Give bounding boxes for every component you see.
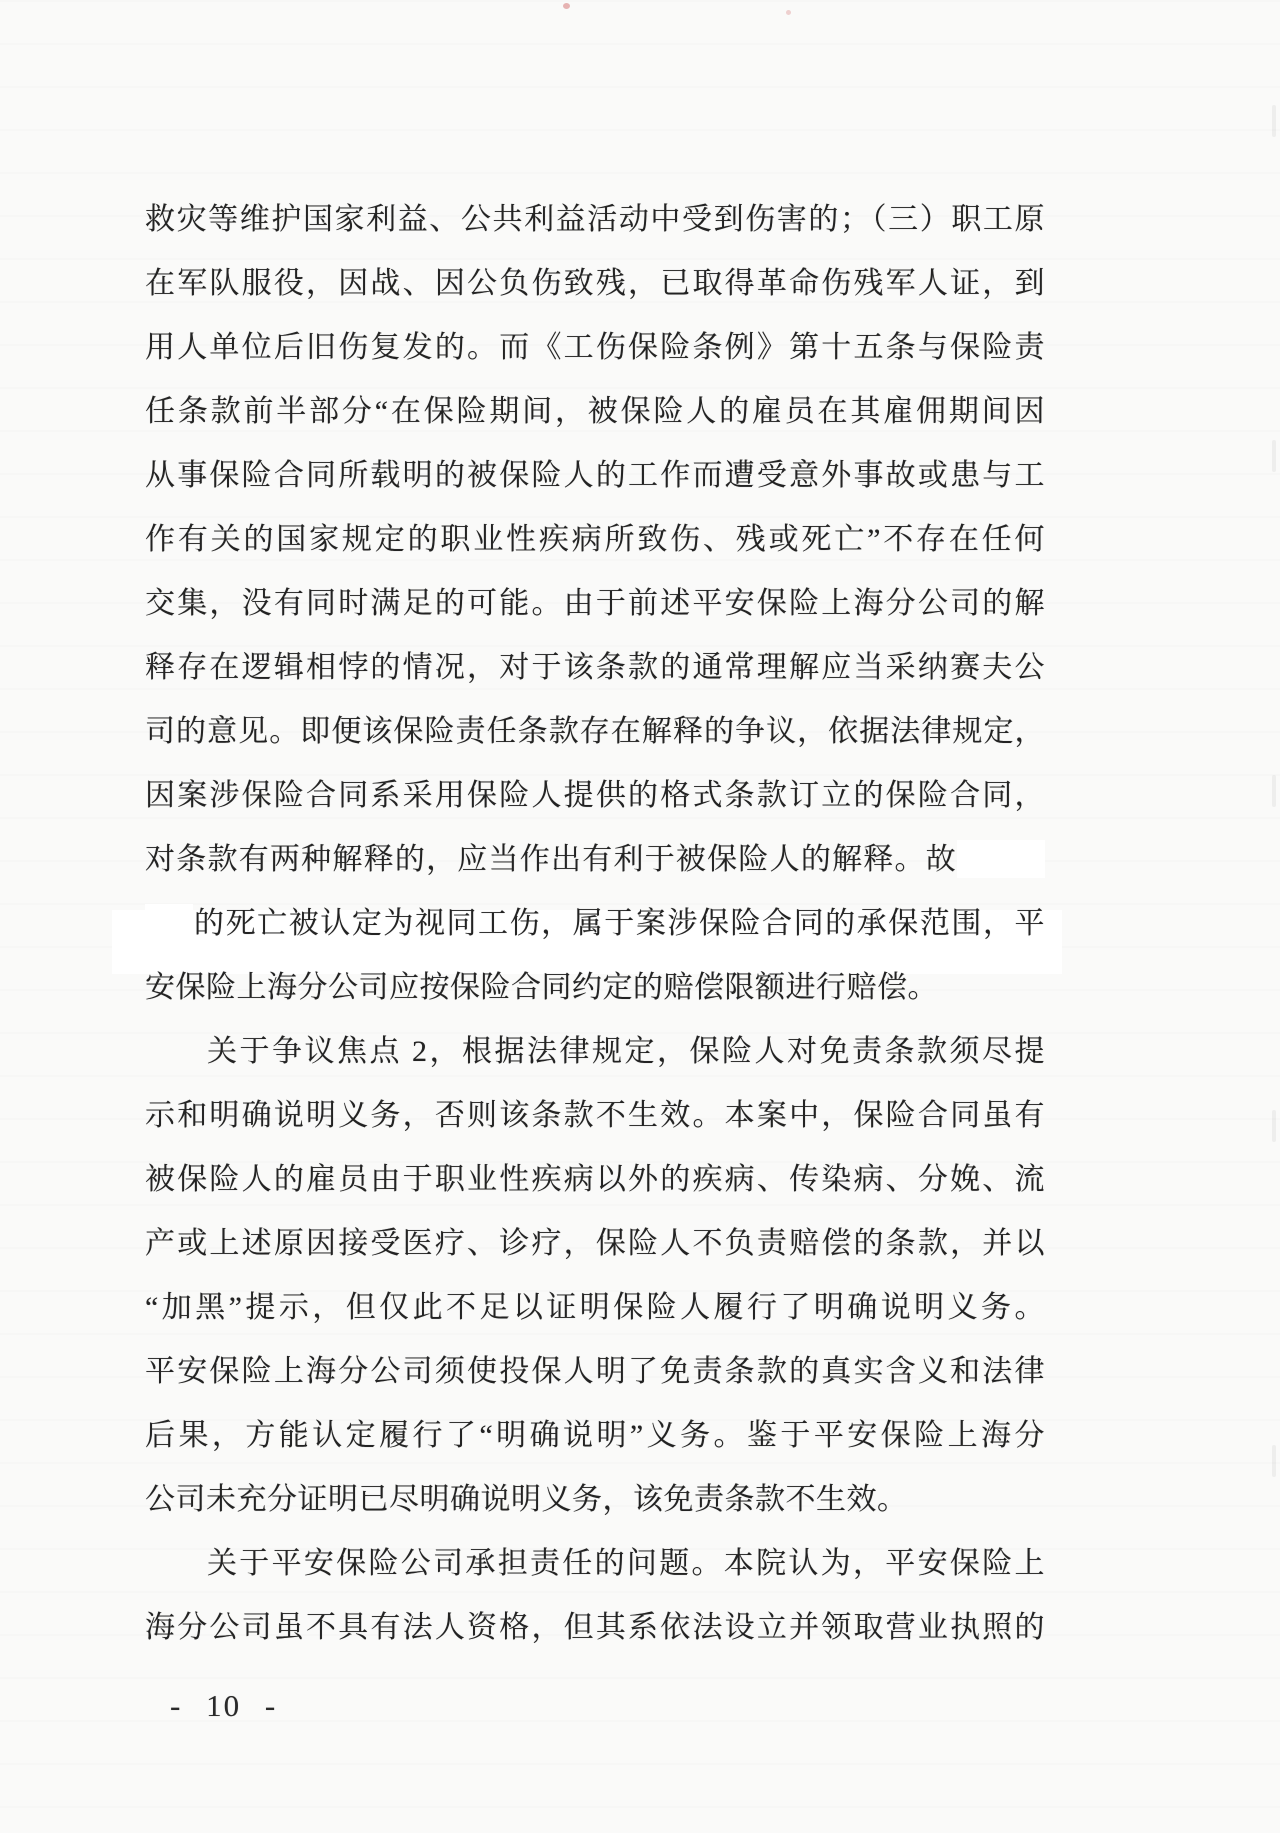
scan-edge-artifact (1272, 1110, 1276, 1142)
text-line: 被保险人的雇员由于职业性疾病以外的疾病、传染病、分娩、流 (145, 1148, 1045, 1212)
text-line-content: 平安保险上海分公司须使投保人明了免责条款的真实含义和法律 (145, 1355, 1045, 1388)
text-line-content: 产或上述原因接受医疗、诊疗，保险人不负责赔偿的条款，并以 (145, 1227, 1045, 1260)
text-line: 关于平安保险公司承担责任的问题。本院认为，平安保险上 (145, 1532, 1045, 1596)
text-line: 公司未充分证明已尽明确说明义务，该免责条款不生效。 (145, 1468, 1045, 1532)
text-line: 关于争议焦点 2，根据法律规定，保险人对免责条款须尽提 (145, 1020, 1045, 1084)
scan-edge-artifact (1272, 1445, 1276, 1477)
redacted-name-patch (957, 840, 1045, 878)
scan-edge-artifact (1272, 440, 1276, 472)
text-line: 安保险上海分公司应按保险合同约定的赔偿限额进行赔偿。 (145, 956, 1045, 1020)
text-line: 司的意见。即便该保险责任条款存在解释的争议，依据法律规定， (145, 700, 1045, 764)
text-line-content: 因案涉保险合同系采用保险人提供的格式条款订立的保险合同， (145, 779, 1045, 812)
scanned-page: 救灾等维护国家利益、公共利益活动中受到伤害的；（三）职工原在军队服役，因战、因公… (0, 0, 1280, 1833)
text-line-content: 示和明确说明义务，否则该条款不生效。本案中，保险合同虽有 (145, 1099, 1045, 1132)
text-line: 海分公司虽不具有法人资格，但其系依法设立并领取营业执照的 (145, 1596, 1045, 1660)
text-line-content: 作有关的国家规定的职业性疾病所致伤、残或死亡”不存在任何 (145, 523, 1045, 556)
text-line-content: 安保险上海分公司应按保险合同约定的赔偿限额进行赔偿。 (145, 971, 938, 1004)
text-line-content: 救灾等维护国家利益、公共利益活动中受到伤害的；（三）职工原 (145, 203, 1045, 236)
text-line-content: 用人单位后旧伤复发的。而《工伤保险条例》第十五条与保险责 (145, 331, 1045, 364)
text-line: 示和明确说明义务，否则该条款不生效。本案中，保险合同虽有 (145, 1084, 1045, 1148)
text-line: 作有关的国家规定的职业性疾病所致伤、残或死亡”不存在任何 (145, 508, 1045, 572)
scan-edge-artifact (1272, 775, 1276, 807)
text-line: 平安保险上海分公司须使投保人明了免责条款的真实含义和法律 (145, 1340, 1045, 1404)
text-line-content: 关于平安保险公司承担责任的问题。本院认为，平安保险上 (207, 1547, 1045, 1580)
scan-edge-artifact (1272, 105, 1276, 137)
text-line-content: 司的意见。即便该保险责任条款存在解释的争议，依据法律规定， (145, 715, 1045, 748)
redacted-name-patch (145, 904, 193, 942)
text-line-content: 的死亡被认定为视同工伤，属于案涉保险合同的承保范围，平 (193, 907, 1045, 940)
text-line: 因案涉保险合同系采用保险人提供的格式条款订立的保险合同， (145, 764, 1045, 828)
text-line-content: 对条款有两种解释的，应当作出有利于被保险人的解释。故 (145, 843, 957, 876)
text-line: 交集，没有同时满足的可能。由于前述平安保险上海分公司的解 (145, 572, 1045, 636)
text-line: “加黑”提示，但仅此不足以证明保险人履行了明确说明义务。 (145, 1276, 1045, 1340)
text-line-content: “加黑”提示，但仅此不足以证明保险人履行了明确说明义务。 (145, 1291, 1045, 1324)
scanner-red-dot (786, 10, 791, 15)
text-line-content: 公司未充分证明已尽明确说明义务，该免责条款不生效。 (145, 1483, 908, 1516)
text-line-content: 被保险人的雇员由于职业性疾病以外的疾病、传染病、分娩、流 (145, 1163, 1045, 1196)
text-line: 的死亡被认定为视同工伤，属于案涉保险合同的承保范围，平 (145, 892, 1045, 956)
text-line: 后果，方能认定履行了“明确说明”义务。鉴于平安保险上海分 (145, 1404, 1045, 1468)
text-line: 救灾等维护国家利益、公共利益活动中受到伤害的；（三）职工原 (145, 188, 1045, 252)
text-line-content: 从事保险合同所载明的被保险人的工作而遭受意外事故或患与工 (145, 459, 1045, 492)
text-line: 用人单位后旧伤复发的。而《工伤保险条例》第十五条与保险责 (145, 316, 1045, 380)
text-line-content: 任条款前半部分“在保险期间，被保险人的雇员在其雇佣期间因 (145, 395, 1045, 428)
text-line: 产或上述原因接受医疗、诊疗，保险人不负责赔偿的条款，并以 (145, 1212, 1045, 1276)
text-line: 释存在逻辑相悖的情况，对于该条款的通常理解应当采纳赛夫公 (145, 636, 1045, 700)
text-line: 对条款有两种解释的，应当作出有利于被保险人的解释。故 (145, 828, 1045, 892)
text-line: 从事保险合同所载明的被保险人的工作而遭受意外事故或患与工 (145, 444, 1045, 508)
judgment-text-block: 救灾等维护国家利益、公共利益活动中受到伤害的；（三）职工原在军队服役，因战、因公… (145, 188, 1045, 1660)
text-line-content: 释存在逻辑相悖的情况，对于该条款的通常理解应当采纳赛夫公 (145, 651, 1045, 684)
text-line: 任条款前半部分“在保险期间，被保险人的雇员在其雇佣期间因 (145, 380, 1045, 444)
text-line-content: 在军队服役，因战、因公负伤致残，已取得革命伤残军人证，到 (145, 267, 1045, 300)
text-line-content: 关于争议焦点 2，根据法律规定，保险人对免责条款须尽提 (207, 1035, 1045, 1068)
text-line-content: 交集，没有同时满足的可能。由于前述平安保险上海分公司的解 (145, 587, 1045, 620)
text-line-content: 海分公司虽不具有法人资格，但其系依法设立并领取营业执照的 (145, 1611, 1045, 1644)
page-number: - 10 - (170, 1688, 277, 1724)
text-line-content: 后果，方能认定履行了“明确说明”义务。鉴于平安保险上海分 (145, 1419, 1045, 1452)
text-line: 在军队服役，因战、因公负伤致残，已取得革命伤残军人证，到 (145, 252, 1045, 316)
scanner-red-dot (563, 3, 570, 9)
